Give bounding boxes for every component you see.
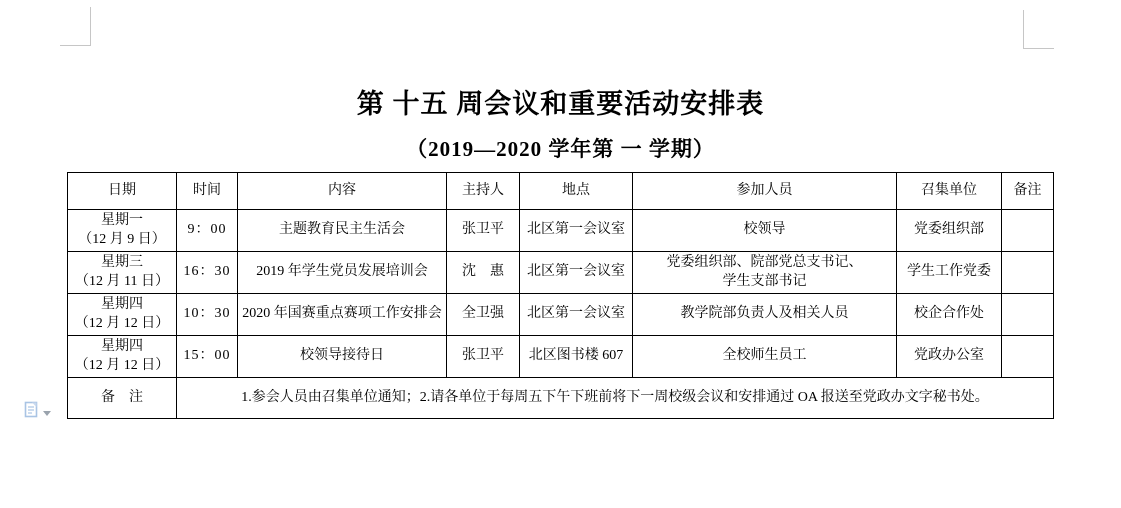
cell-time: 15：00 bbox=[177, 336, 238, 378]
table-row: 星期四 （12 月 12 日） 15：00 校领导接待日 张卫平 北区图书楼 6… bbox=[68, 336, 1054, 378]
header-host: 主持人 bbox=[447, 173, 520, 210]
cell-host: 张卫平 bbox=[447, 210, 520, 252]
header-organizer: 召集单位 bbox=[897, 173, 1002, 210]
cell-time: 10：30 bbox=[177, 294, 238, 336]
cell-host: 张卫平 bbox=[447, 336, 520, 378]
notes-row: 备 注 1.参会人员由召集单位通知；2.请各单位于每周五下午下班前将下一周校级会… bbox=[68, 378, 1054, 419]
cell-remark bbox=[1002, 252, 1054, 294]
cell-organizer: 校企合作处 bbox=[897, 294, 1002, 336]
cell-participants: 校领导 bbox=[633, 210, 897, 252]
schedule-table: 日期 时间 内容 主持人 地点 参加人员 召集单位 备注 星期一 （12 月 9… bbox=[67, 172, 1054, 419]
margin-crop-mark-top-left bbox=[60, 7, 91, 46]
cell-content: 校领导接待日 bbox=[238, 336, 447, 378]
header-content: 内容 bbox=[238, 173, 447, 210]
paste-options-button[interactable] bbox=[24, 401, 51, 423]
notes-label: 备 注 bbox=[68, 378, 177, 419]
table-row: 星期四 （12 月 12 日） 10：30 2020 年国赛重点赛项工作安排会 … bbox=[68, 294, 1054, 336]
cell-location: 北区图书楼 607 bbox=[520, 336, 633, 378]
cell-date: 星期三 （12 月 11 日） bbox=[68, 252, 177, 294]
table-row: 星期一 （12 月 9 日） 9：00 主题教育民主生活会 张卫平 北区第一会议… bbox=[68, 210, 1054, 252]
document-title: 第 十五 周会议和重要活动安排表 bbox=[0, 82, 1121, 121]
cell-remark bbox=[1002, 336, 1054, 378]
header-remark: 备注 bbox=[1002, 173, 1054, 210]
margin-crop-mark-top-right bbox=[1023, 10, 1054, 49]
header-participants: 参加人员 bbox=[633, 173, 897, 210]
cell-time: 9：00 bbox=[177, 210, 238, 252]
cell-remark bbox=[1002, 294, 1054, 336]
document-page: 第 十五 周会议和重要活动安排表 （2019—2020 学年第 一 学期） 日期… bbox=[0, 0, 1121, 508]
cell-organizer: 党委组织部 bbox=[897, 210, 1002, 252]
cell-content: 2020 年国赛重点赛项工作安排会 bbox=[238, 294, 447, 336]
cell-participants: 党委组织部、院部党总支书记、 学生支部书记 bbox=[633, 252, 897, 294]
paste-options-icon bbox=[24, 401, 39, 423]
cell-location: 北区第一会议室 bbox=[520, 294, 633, 336]
cell-location: 北区第一会议室 bbox=[520, 252, 633, 294]
cell-location: 北区第一会议室 bbox=[520, 210, 633, 252]
cell-organizer: 学生工作党委 bbox=[897, 252, 1002, 294]
cell-organizer: 党政办公室 bbox=[897, 336, 1002, 378]
header-location: 地点 bbox=[520, 173, 633, 210]
cell-participants: 教学院部负责人及相关人员 bbox=[633, 294, 897, 336]
header-date: 日期 bbox=[68, 173, 177, 210]
cell-content: 主题教育民主生活会 bbox=[238, 210, 447, 252]
cell-date: 星期四 （12 月 12 日） bbox=[68, 294, 177, 336]
chevron-down-icon[interactable] bbox=[43, 411, 51, 416]
cell-date: 星期四 （12 月 12 日） bbox=[68, 336, 177, 378]
cell-content: 2019 年学生党员发展培训会 bbox=[238, 252, 447, 294]
cell-host: 沈 惠 bbox=[447, 252, 520, 294]
cell-time: 16：30 bbox=[177, 252, 238, 294]
document-subtitle: （2019—2020 学年第 一 学期） bbox=[0, 133, 1121, 163]
header-time: 时间 bbox=[177, 173, 238, 210]
notes-text: 1.参会人员由召集单位通知；2.请各单位于每周五下午下班前将下一周校级会议和安排… bbox=[177, 378, 1054, 419]
cell-host: 全卫强 bbox=[447, 294, 520, 336]
table-row: 星期三 （12 月 11 日） 16：30 2019 年学生党员发展培训会 沈 … bbox=[68, 252, 1054, 294]
cell-participants: 全校师生员工 bbox=[633, 336, 897, 378]
cell-date: 星期一 （12 月 9 日） bbox=[68, 210, 177, 252]
header-row: 日期 时间 内容 主持人 地点 参加人员 召集单位 备注 bbox=[68, 173, 1054, 210]
cell-remark bbox=[1002, 210, 1054, 252]
